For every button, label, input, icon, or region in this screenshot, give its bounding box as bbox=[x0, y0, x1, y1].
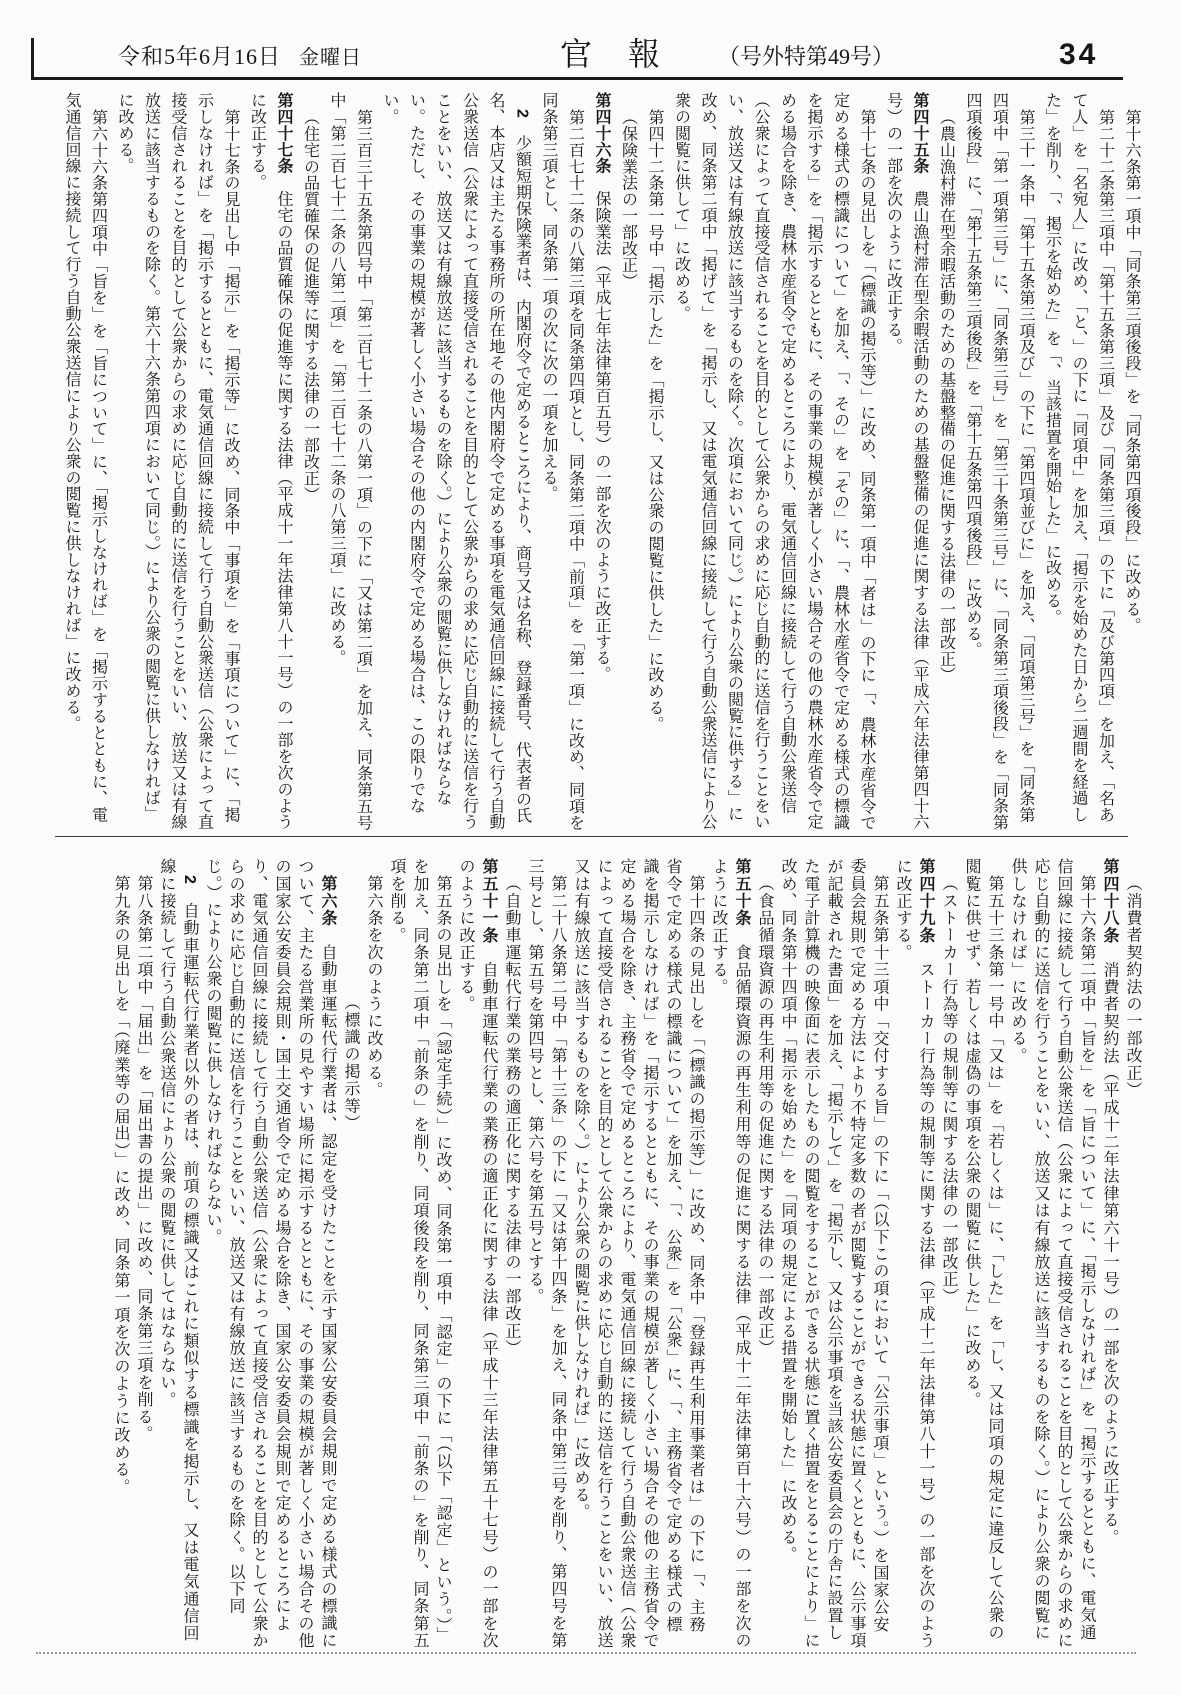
paragraph-text: （保険業法の一部改正） bbox=[620, 109, 637, 289]
gazette-top-text-block: 第十六条第一項中「同条第三項後段」を「同条第四項後段」に改める。第二十二条第三項… bbox=[58, 92, 1144, 834]
paragraph-text: 第十六条第一項中「同条第三項後段」を「同条第四項後段」に改める。 bbox=[1123, 109, 1140, 634]
paragraph-text: 保険業法（平成七年法律第百五号）の一部を次のように改正する。 bbox=[593, 190, 610, 682]
amendment-paragraph: 第八条第二項中「届出」を「届出書の提出」に改め、同条第三項を削る。 bbox=[132, 858, 155, 1650]
paragraph-text: （食品循環資源の再生利用等の促進に関する法律の一部改正） bbox=[756, 875, 773, 1357]
paragraph-text: 第四十二条第一号中「掲示した」を「掲示し、又は公衆の閲覧に供した」に改める。 bbox=[646, 109, 663, 732]
article-number: 第四十八条 bbox=[1101, 858, 1118, 944]
left-corner-rule bbox=[31, 38, 34, 80]
weekday: 金曜日 bbox=[299, 47, 362, 69]
amendment-paragraph: 第十六条第一項中「同条第三項後段」を「同条第四項後段」に改める。 bbox=[1118, 92, 1145, 834]
article-paragraph: 第四十八条 消費者契約法（平成十二年法律第六十一号）の一部を次のように改正する。 bbox=[1098, 858, 1121, 1650]
page-header: 令和5年6月16日金曜日 官 報 （号外特第49号） 34 bbox=[33, 36, 1123, 80]
paragraph-text: 第二十八条第二号中「第十三条」の下に「又は第十四条」を加え、同条中第三号を削り、… bbox=[526, 858, 566, 1649]
amendment-paragraph: 第四十二条第一号中「掲示した」を「掲示し、又は公衆の閲覧に供した」に改める。 bbox=[641, 92, 668, 834]
amendment-law-heading: （食品循環資源の再生利用等の促進に関する法律の一部改正） bbox=[753, 858, 776, 1650]
paragraph-text: 第五条第十三項中「交付する旨」の下に「（以下この項において「公示事項」という。）… bbox=[779, 858, 888, 1649]
amendment-paragraph: （標識の掲示等） bbox=[339, 858, 362, 1650]
paragraph-text: 自動車運転代行業者以外の者は、前項の標識又はこれに類似する標識を掲示し、又は電気… bbox=[158, 858, 198, 1642]
amendment-law-heading: （農山漁村滞在型余暇活動のための基盤整備の促進に関する法律の一部改正） bbox=[932, 92, 959, 834]
amendment-law-heading: （ストーカー行為等の規制等に関する法律の一部改正） bbox=[937, 858, 960, 1650]
section-divider bbox=[55, 836, 1128, 837]
amendment-paragraph: 第六十六条第四項中「旨を」を「旨について」に、「掲示しなければ」を「掲示するとと… bbox=[58, 92, 111, 834]
amendment-paragraph: 第十四条の見出しを「（標識の掲示等）」に改め、同条中「登録再生利用事業者は」の下… bbox=[569, 858, 707, 1650]
paragraph-text: （標識の掲示等） bbox=[342, 994, 359, 1132]
paragraph-text: 第六十六条第四項中「旨を」を「旨について」に、「掲示しなければ」を「掲示するとと… bbox=[63, 92, 107, 823]
amendment-paragraph: 第二百七十二条の八第三項を同条第四項とし、同条第二項中「前項」を「第一項」に改め… bbox=[535, 92, 588, 834]
amendment-paragraph: 第六条を次のように改める。 bbox=[362, 858, 385, 1650]
amendment-paragraph: 第五条第十三項中「交付する旨」の下に「（以下この項において「公示事項」という。）… bbox=[776, 858, 891, 1650]
amendment-paragraph: 第三百三十五条第四号中「第二百七十二条の八第一項」の下に「又は第二項」を加え、同… bbox=[323, 92, 376, 834]
paragraph-text: ストーカー行為等の規制等に関する法律（平成十二年法律第八十一号）の一部を次のよう… bbox=[894, 858, 934, 1649]
header-rule bbox=[33, 77, 1123, 80]
paragraph-text: 第十七条の見出しを「（標識の掲示等）」に改め、同条第一項中「者は」の下に「、農林… bbox=[673, 92, 876, 831]
article-paragraph: 第五十条 食品循環資源の再生利用等の促進に関する法律（平成十二年法律第百十六号）… bbox=[707, 858, 753, 1650]
amendment-law-heading: （自動車運転代行業の業務の適正化に関する法律の一部改正） bbox=[500, 858, 523, 1650]
article-paragraph: 第四十五条 農山漁村滞在型余暇活動のための基盤整備の促進に関する法律（平成六年法… bbox=[879, 92, 932, 834]
paragraph-text: 第二百七十二条の八第三項を同条第四項とし、同条第二項中「前項」を「第一項」に改め… bbox=[540, 92, 584, 831]
paragraph-text: （消費者契約法の一部改正） bbox=[1124, 875, 1141, 1099]
article-number: 第五十条 bbox=[733, 858, 750, 927]
paragraph-text: 第八条第二項中「届出」を「届出書の提出」に改め、同条第三項を削る。 bbox=[135, 875, 152, 1443]
paragraph-text: 第五十三条第一号中「又は」を「若しくは」に、「した」を「し、又は同項の規定に違反… bbox=[963, 858, 1003, 1641]
article-number: 第四十六条 bbox=[593, 92, 610, 174]
article-number: 第四十五条 bbox=[911, 92, 928, 174]
gazette-bottom-text-block: （消費者契約法の一部改正）第四十八条 消費者契約法（平成十二年法律第六十一号）の… bbox=[58, 858, 1144, 1650]
amendment-paragraph: 第十七条の見出しを「（標識の掲示等）」に改め、同条第一項中「者は」の下に「、農林… bbox=[667, 92, 879, 834]
page-bottom-rule bbox=[36, 1652, 1136, 1654]
paragraph-text: 農山漁村滞在型余暇活動のための基盤整備の促進に関する法律（平成六年法律第四十六号… bbox=[885, 92, 929, 830]
amendment-paragraph: 第五十三条第一号中「又は」を「若しくは」に、「した」を「し、又は同項の規定に違反… bbox=[960, 858, 1006, 1650]
issue-number: （号外特第49号） bbox=[718, 40, 894, 71]
page-number: 34 bbox=[1059, 38, 1098, 72]
paragraph-text: （自動車運転代行業の業務の適正化に関する法律の一部改正） bbox=[503, 875, 520, 1357]
amendment-paragraph: 第二十八条第二号中「第十三条」の下に「又は第十四条」を加え、同条中第三号を削り、… bbox=[523, 858, 569, 1650]
article-paragraph: 第五十一条 自動車運転代行業の業務の適正化に関する法律（平成十三年法律第五十七号… bbox=[454, 858, 500, 1650]
paragraph-text: 少額短期保険業者は、内閣府令で定めるところにより、商号又は名称、登録番号、代表者… bbox=[381, 92, 531, 830]
article-number: 第四十九条 bbox=[917, 858, 934, 944]
paragraph-text: （ストーカー行為等の規制等に関する法律の一部改正） bbox=[940, 875, 957, 1305]
amendment-paragraph: 第五条の見出しを「（認定手続）」に改め、同条第一項中「認定」の下に「（以下「認定… bbox=[385, 858, 454, 1650]
article-paragraph: 第六条 自動車運転代行業者は、認定を受けたことを示す国家公安委員会規則で定める様… bbox=[201, 858, 339, 1650]
amendment-paragraph: 第二十二条第三項中「第十五条第三項」及び「同条第三項」の下に「及び第四項」を加え… bbox=[1038, 92, 1118, 834]
amendment-law-heading: （保険業法の一部改正） bbox=[614, 92, 641, 834]
paragraph-text: 自動車運転代行業の業務の適正化に関する法律（平成十三年法律第五十七号）の一部を次… bbox=[457, 858, 497, 1649]
article-number: 2 bbox=[181, 875, 198, 885]
amendment-paragraph: 第十六条第二項中「旨を」を「旨について」に、「掲示しなければ」を「掲示するととも… bbox=[1006, 858, 1098, 1650]
article-paragraph: 第四十六条 保険業法（平成七年法律第百五号）の一部を次のように改正する。 bbox=[588, 92, 615, 834]
paragraph-text: 第二十二条第三項中「第十五条第三項」及び「同条第三項」の下に「及び第四項」を加え… bbox=[1044, 92, 1114, 823]
article-number: 第六条 bbox=[319, 875, 336, 927]
publication-date: 令和5年6月16日 bbox=[118, 44, 281, 69]
publication-date-line: 令和5年6月16日金曜日 bbox=[118, 40, 362, 71]
paragraph-text: 第六条を次のように改める。 bbox=[365, 875, 382, 1099]
article-paragraph: 第四十七条 住宅の品質確保の促進等に関する法律（平成十一年法律第八十一号）の一部… bbox=[243, 92, 296, 834]
paragraph-text: 第五条の見出しを「（認定手続）」に改め、同条第一項中「認定」の下に「（以下「認定… bbox=[388, 858, 451, 1649]
amendment-paragraph: 第九条の見出しを「（廃業等の届出）」に改め、同条第一項を次のように改める。 bbox=[109, 858, 132, 1650]
amendment-law-heading: （住宅の品質確保の促進等に関する法律の一部改正） bbox=[296, 92, 323, 834]
paragraph-text: 第十七条の見出し中「掲示」を「掲示等」に改め、同条中「事項を」を「事項について」… bbox=[116, 92, 239, 830]
paragraph-text: （住宅の品質確保の促進等に関する法律の一部改正） bbox=[302, 109, 319, 503]
paragraph-text: 住宅の品質確保の促進等に関する法律（平成十一年法律第八十一号）の一部を次のように… bbox=[249, 92, 293, 830]
article-paragraph: 2 少額短期保険業者は、内閣府令で定めるところにより、商号又は名称、登録番号、代… bbox=[376, 92, 535, 834]
article-number: 2 bbox=[514, 109, 531, 118]
paragraph-text: 第十六条第二項中「旨を」を「旨について」に、「掲示しなければ」を「掲示するととも… bbox=[1009, 858, 1095, 1649]
article-paragraph: 第四十九条 ストーカー行為等の規制等に関する法律（平成十二年法律第八十一号）の一… bbox=[891, 858, 937, 1650]
paragraph-text: 第十四条の見出しを「（標識の掲示等）」に改め、同条中「登録再生利用事業者は」の下… bbox=[572, 858, 704, 1649]
article-paragraph: 2 自動車運転代行業者以外の者は、前項の標識又はこれに類似する標識を掲示し、又は… bbox=[155, 858, 201, 1650]
masthead-title: 官 報 bbox=[560, 29, 662, 75]
amendment-law-heading: （消費者契約法の一部改正） bbox=[1121, 858, 1144, 1650]
amendment-paragraph: 第十七条の見出し中「掲示」を「掲示等」に改め、同条中「事項を」を「事項について」… bbox=[111, 92, 244, 834]
paragraph-text: 第三十一条中「第十五条第三項及び」の下に「第四項並びに」を加え、「同項第三号」を… bbox=[964, 92, 1034, 830]
article-number: 第四十七条 bbox=[275, 92, 292, 174]
paragraph-text: 第九条の見出しを「（廃業等の届出）」に改め、同条第一項を次のように改める。 bbox=[112, 875, 129, 1495]
amendment-paragraph: 第三十一条中「第十五条第三項及び」の下に「第四項並びに」を加え、「同項第三号」を… bbox=[959, 92, 1039, 834]
article-number: 第五十一条 bbox=[480, 858, 497, 944]
paragraph-text: 食品循環資源の再生利用等の促進に関する法律（平成十二年法律第百十六号）の一部を次… bbox=[710, 858, 750, 1649]
paragraph-text: 自動車運転代行業者は、認定を受けたことを示す国家公安委員会規則で定める様式の標識… bbox=[204, 858, 336, 1649]
paragraph-text: 消費者契約法（平成十二年法律第六十一号）の一部を次のように改正する。 bbox=[1101, 961, 1118, 1546]
paragraph-text: 第三百三十五条第四号中「第二百七十二条の八第一項」の下に「又は第二項」を加え、同… bbox=[328, 92, 372, 831]
paragraph-text: （農山漁村滞在型余暇活動のための基盤整備の促進に関する法律の一部改正） bbox=[938, 109, 955, 683]
